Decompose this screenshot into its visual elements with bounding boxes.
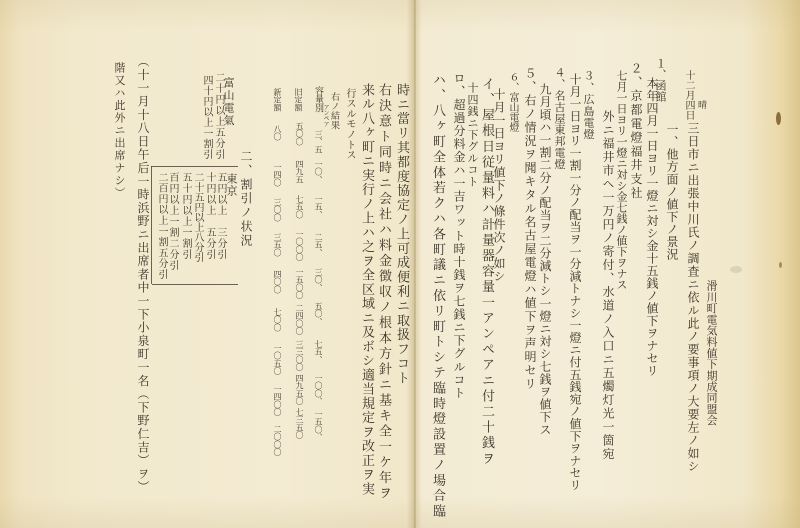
discount-tier: 二百円以上一割五分引 [156, 172, 166, 280]
document-title: 滑川町電気料値下期成同盟会 [706, 280, 717, 426]
intro-line: 三日市ニ出張中川氏ノ調査ニ依ル此ノ要事項ノ大要左ノ如シ [687, 122, 699, 473]
ampere-value: 三〇、 [314, 268, 322, 291]
discount-tier: 十円以上 五分引 [204, 172, 214, 260]
ampere-value: 二五、 [314, 233, 322, 256]
page-fold [414, 0, 416, 528]
stain-mark [730, 266, 742, 273]
ampere-value: 一〇〇、 [314, 374, 322, 405]
divider-line [152, 284, 238, 285]
ampere-value: 一五、 [314, 195, 322, 218]
body-line: 時ニ當リ其都度協定ノ上可成便利ニ取扱フコト [395, 83, 408, 385]
ampere-value: 五〇、 [314, 302, 322, 325]
new-rate-value: 二〇〇〇 [273, 425, 281, 456]
condition-i-cont: 十四銭ニ下グルコト [467, 82, 478, 187]
old-rate-value: 七五〇 [295, 195, 303, 218]
discount-tier: 二十円以上五分引 [213, 72, 223, 160]
old-rate-value: 五〇〇 [295, 122, 303, 145]
condition-ha: ハ、八ヶ町全体若クハ各町議ニ依リ町トシテ臨時燈設置ノ場合臨 [431, 73, 444, 520]
document-scan: 滑川町電気料値下期成同盟会 十二月四日 晴 三日市ニ出張中川氏ノ調査ニ依ル此ノ要… [0, 0, 800, 528]
item-label-toyama: ６、富山電燈 [507, 72, 517, 132]
discount-tier: 二十五円以上八分引 [192, 172, 202, 262]
old-rate-value: 三三〇〇 [295, 340, 303, 371]
table-header-capacity: 容量別 [313, 86, 322, 112]
new-rate-value: 一〇五〇 [273, 344, 281, 375]
new-rate-value: 一四〇〇 [273, 385, 281, 416]
weather-note: 晴 [696, 100, 705, 109]
new-rate-value: 七〇〇 [273, 308, 281, 331]
body-line: 右決意ト同時ニ会社ハ料金徴収ノ根本方針ニ基キ全一ケ年ヲ [377, 83, 390, 502]
old-rate-value: 一〇〇〇 [295, 230, 303, 261]
discount-tier: 百円以上一割二分引 [167, 172, 177, 271]
stain-mark [776, 112, 781, 125]
old-rate-value: 一五〇〇 [295, 268, 303, 299]
old-rate-value: 七三五〇 [295, 408, 303, 439]
item-line: 本年四月一日ヨリ一燈ニ対シ金十五銭ノ値下ヲナセリ [646, 77, 658, 377]
new-rate-value: 三〇〇 [273, 198, 281, 221]
new-rate-value: 八〇 [273, 125, 281, 140]
discount-company: 富山電氣 [223, 77, 234, 127]
ampere-value: 一〇、 [314, 160, 322, 183]
new-rate-value: 四〇〇 [273, 270, 281, 293]
old-rate-value: 四九五〇 [295, 374, 303, 405]
ampere-value: 七五、 [314, 340, 322, 363]
table-header-new: 新定額 [273, 88, 281, 111]
discount-tier: 五円以上 三分引 [215, 172, 225, 260]
discount-tier: 五十円以上一割引 [180, 172, 190, 260]
item-label-hiroshima: ３、広島電燈 [583, 70, 594, 140]
result-label: 右ノ結果 [329, 92, 338, 130]
section2-heading: 二、割引ノ状況 [240, 150, 252, 248]
item-label-nagoya-toho: ４、名古屋東邦電燈 [554, 67, 565, 170]
item-line: 外ニ福井市ヘ一万円ノ寄付、水道ノ入口ニ五燭灯光一箇宛 [602, 110, 614, 461]
ampere-value: 三、五 [314, 130, 322, 153]
condition-i: イ、屋根日従量料ハ計量器容量一アンペアニ付二十銭ヲ [480, 77, 493, 467]
table-header-unit: アンペア [322, 104, 328, 127]
item-label-nagoya-dento: ５、右ノ情況ヲ聞キタル名古屋電燈ハ値下ヲ声明セリ [524, 67, 536, 391]
body-line: 来ル八ヶ町ニ実行ノ上ハ之ヲ全区域ニ及ボシ適当規定ヲ改正ヲ実 [360, 83, 373, 496]
attendance-note: （十一月十八日午后一時浜野ニ出席者中一下小泉町一名（下野仁吉）ヲ） [137, 55, 149, 494]
body-line: 行スルモノトス [344, 88, 354, 160]
stain-mark [779, 262, 782, 268]
item-label-kyoto-fukui: ２、京都電燈福井支社 [630, 62, 642, 200]
bracket-line [151, 166, 152, 284]
item-line: 十月一日ヨリ一割一分ノ配当ヲ一分減トナシ一燈ニ付五銭宛ノ値下ヲナセリ [569, 73, 581, 491]
discount-company: 東京 [226, 173, 237, 197]
old-rate-value: 四九五 [295, 160, 303, 183]
table-header-old: 旧定額 [294, 88, 302, 111]
discount-tier: 四十円以上一割引 [201, 75, 211, 160]
section1-heading: 一、他方面ノ値下ノ景況 [666, 123, 678, 261]
document-date: 十二月四日 [683, 70, 693, 120]
ampere-value: 一五〇、 [314, 410, 322, 441]
item-line: 七月一日ヨリ一燈ニ対シ金七銭ノ値下ヲナス [616, 70, 627, 290]
item-line: 十月一日ヨリ値下ノ條件次ノ如シ [493, 88, 505, 283]
divider-line [151, 166, 238, 167]
condition-ro: ロ、超過分料金ハ一吉ワット時十銭ヲ七銭ニ下グルコト [453, 72, 465, 400]
attendance-note-cont: 階又ハ此外ニ出席ナシ） [114, 62, 125, 200]
new-rate-value: 三五〇 [273, 233, 281, 256]
item-line: 九月頃ハ一割二分ノ配当ヲ二分減トシ一燈ニ対シ七銭ヲ値下ス [539, 83, 551, 436]
old-rate-value: 二四〇〇 [295, 304, 303, 335]
new-rate-value: 一四〇 [273, 163, 281, 186]
